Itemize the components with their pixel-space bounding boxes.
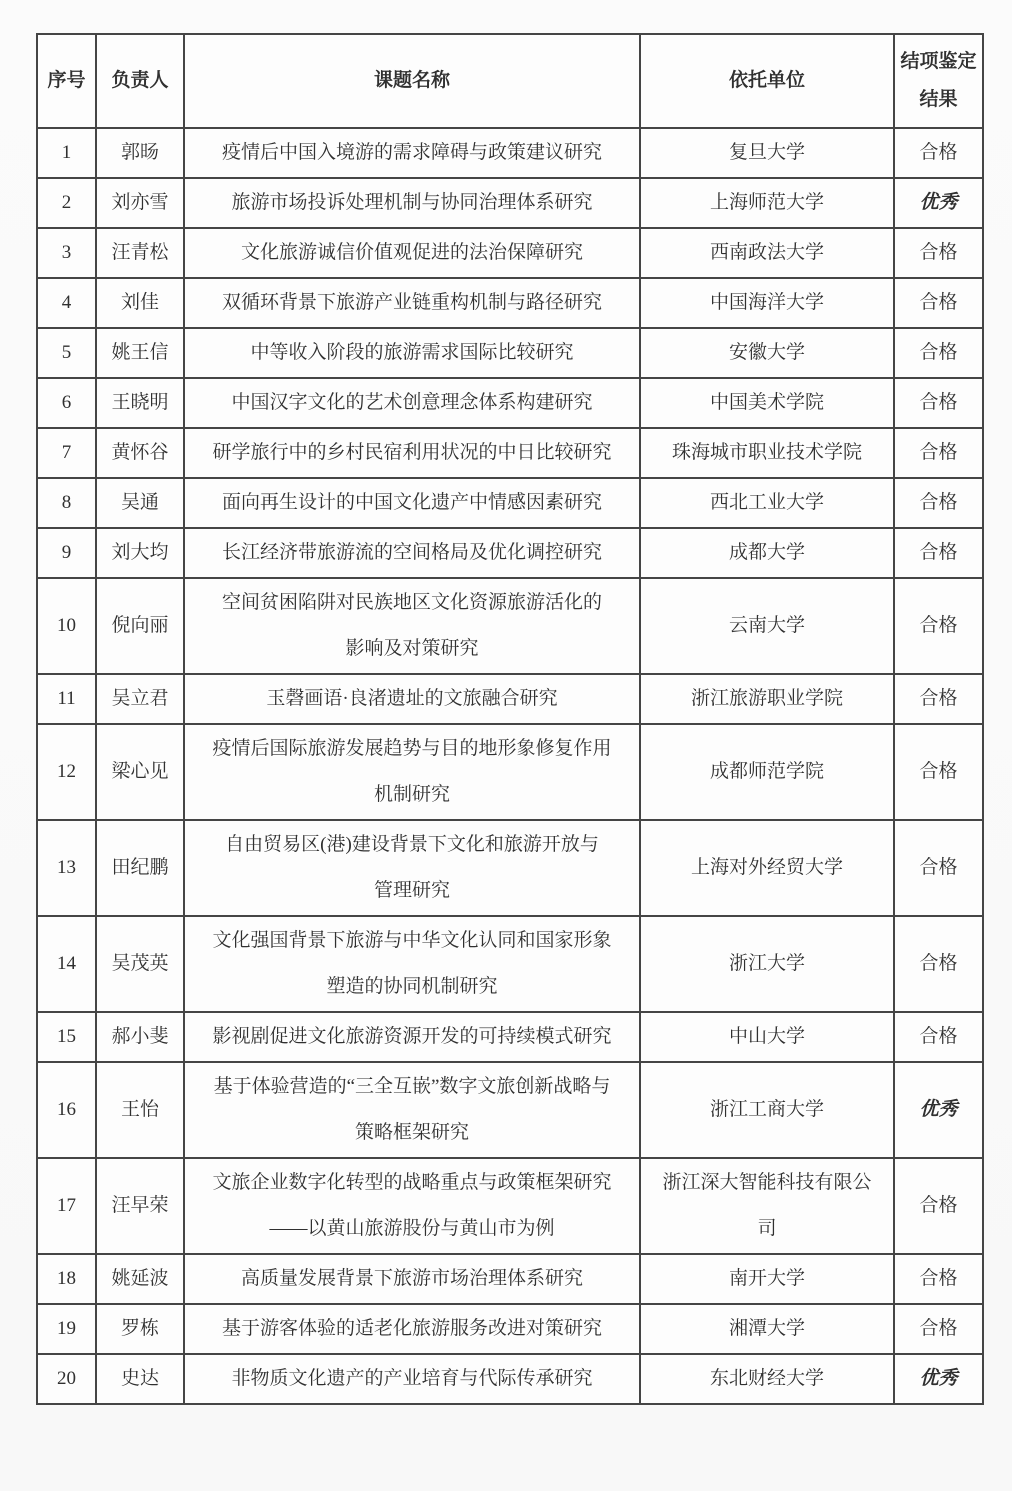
table-row: 15 郝小斐 影视剧促进文化旅游资源开发的可持续模式研究 中山大学 合格 <box>37 1012 983 1062</box>
institution-name: 西南政法大学 <box>640 228 894 278</box>
leader-name: 汪青松 <box>96 228 184 278</box>
row-serial-number: 1 <box>37 128 96 178</box>
project-title: 基于体验营造的“三全互嵌”数字文旅创新战略与 策略框架研究 <box>184 1062 640 1158</box>
evaluation-result: 合格 <box>894 528 983 578</box>
table-row: 5 姚王信 中等收入阶段的旅游需求国际比较研究 安徽大学 合格 <box>37 328 983 378</box>
evaluation-result: 合格 <box>894 578 983 674</box>
institution-name: 珠海城市职业技术学院 <box>640 428 894 478</box>
project-title: 研学旅行中的乡村民宿利用状况的中日比较研究 <box>184 428 640 478</box>
evaluation-result: 合格 <box>894 724 983 820</box>
project-title: 非物质文化遗产的产业培育与代际传承研究 <box>184 1354 640 1404</box>
project-title: 文旅企业数字化转型的战略重点与政策框架研究 ——以黄山旅游股份与黄山市为例 <box>184 1158 640 1254</box>
institution-name: 中山大学 <box>640 1012 894 1062</box>
table-row: 9 刘大均 长江经济带旅游流的空间格局及优化调控研究 成都大学 合格 <box>37 528 983 578</box>
leader-name: 吴立君 <box>96 674 184 724</box>
project-title: 长江经济带旅游流的空间格局及优化调控研究 <box>184 528 640 578</box>
project-results-table: 序号 负责人 课题名称 依托单位 结项鉴定 结果 1 郭旸 疫情后中国入境游的需… <box>36 33 984 1405</box>
evaluation-result: 合格 <box>894 820 983 916</box>
leader-name: 史达 <box>96 1354 184 1404</box>
table-row: 20 史达 非物质文化遗产的产业培育与代际传承研究 东北财经大学 优秀 <box>37 1354 983 1404</box>
institution-name: 上海对外经贸大学 <box>640 820 894 916</box>
evaluation-result: 合格 <box>894 278 983 328</box>
institution-name: 浙江大学 <box>640 916 894 1012</box>
evaluation-result: 合格 <box>894 674 983 724</box>
table-body: 1 郭旸 疫情后中国入境游的需求障碍与政策建议研究 复旦大学 合格 2 刘亦雪 … <box>37 128 983 1404</box>
row-serial-number: 16 <box>37 1062 96 1158</box>
table-row: 13 田纪鹏 自由贸易区(港)建设背景下文化和旅游开放与 管理研究 上海对外经贸… <box>37 820 983 916</box>
project-title: 双循环背景下旅游产业链重构机制与路径研究 <box>184 278 640 328</box>
row-serial-number: 12 <box>37 724 96 820</box>
institution-name: 西北工业大学 <box>640 478 894 528</box>
header-leader: 负责人 <box>96 34 184 128</box>
evaluation-result: 优秀 <box>894 1354 983 1404</box>
row-serial-number: 3 <box>37 228 96 278</box>
table-header: 序号 负责人 课题名称 依托单位 结项鉴定 结果 <box>37 34 983 128</box>
evaluation-result: 优秀 <box>894 1062 983 1158</box>
project-title: 文化旅游诚信价值观促进的法治保障研究 <box>184 228 640 278</box>
project-title: 文化强国背景下旅游与中华文化认同和国家形象 塑造的协同机制研究 <box>184 916 640 1012</box>
project-title: 面向再生设计的中国文化遗产中情感因素研究 <box>184 478 640 528</box>
leader-name: 王晓明 <box>96 378 184 428</box>
table-row: 18 姚延波 高质量发展背景下旅游市场治理体系研究 南开大学 合格 <box>37 1254 983 1304</box>
institution-name: 中国美术学院 <box>640 378 894 428</box>
institution-name: 云南大学 <box>640 578 894 674</box>
header-project-title: 课题名称 <box>184 34 640 128</box>
table-row: 12 梁心见 疫情后国际旅游发展趋势与目的地形象修复作用 机制研究 成都师范学院… <box>37 724 983 820</box>
leader-name: 刘大均 <box>96 528 184 578</box>
leader-name: 田纪鹏 <box>96 820 184 916</box>
institution-name: 成都大学 <box>640 528 894 578</box>
row-serial-number: 6 <box>37 378 96 428</box>
project-title: 旅游市场投诉处理机制与协同治理体系研究 <box>184 178 640 228</box>
project-title: 自由贸易区(港)建设背景下文化和旅游开放与 管理研究 <box>184 820 640 916</box>
table-row: 10 倪向丽 空间贫困陷阱对民族地区文化资源旅游活化的 影响及对策研究 云南大学… <box>37 578 983 674</box>
evaluation-result: 合格 <box>894 328 983 378</box>
leader-name: 姚延波 <box>96 1254 184 1304</box>
leader-name: 黄怀谷 <box>96 428 184 478</box>
institution-name: 浙江旅游职业学院 <box>640 674 894 724</box>
row-serial-number: 19 <box>37 1304 96 1354</box>
project-title: 基于游客体验的适老化旅游服务改进对策研究 <box>184 1304 640 1354</box>
row-serial-number: 15 <box>37 1012 96 1062</box>
table-row: 19 罗栋 基于游客体验的适老化旅游服务改进对策研究 湘潭大学 合格 <box>37 1304 983 1354</box>
leader-name: 汪早荣 <box>96 1158 184 1254</box>
leader-name: 吴茂英 <box>96 916 184 1012</box>
table-row: 1 郭旸 疫情后中国入境游的需求障碍与政策建议研究 复旦大学 合格 <box>37 128 983 178</box>
leader-name: 郝小斐 <box>96 1012 184 1062</box>
institution-name: 上海师范大学 <box>640 178 894 228</box>
leader-name: 刘佳 <box>96 278 184 328</box>
row-serial-number: 8 <box>37 478 96 528</box>
project-title: 高质量发展背景下旅游市场治理体系研究 <box>184 1254 640 1304</box>
leader-name: 倪向丽 <box>96 578 184 674</box>
table-row: 2 刘亦雪 旅游市场投诉处理机制与协同治理体系研究 上海师范大学 优秀 <box>37 178 983 228</box>
table-row: 7 黄怀谷 研学旅行中的乡村民宿利用状况的中日比较研究 珠海城市职业技术学院 合… <box>37 428 983 478</box>
institution-name: 东北财经大学 <box>640 1354 894 1404</box>
evaluation-result: 合格 <box>894 1254 983 1304</box>
table-row: 6 王晓明 中国汉字文化的艺术创意理念体系构建研究 中国美术学院 合格 <box>37 378 983 428</box>
evaluation-result: 合格 <box>894 1158 983 1254</box>
table-row: 16 王怡 基于体验营造的“三全互嵌”数字文旅创新战略与 策略框架研究 浙江工商… <box>37 1062 983 1158</box>
institution-name: 复旦大学 <box>640 128 894 178</box>
row-serial-number: 13 <box>37 820 96 916</box>
evaluation-result: 合格 <box>894 228 983 278</box>
row-serial-number: 10 <box>37 578 96 674</box>
institution-name: 浙江深大智能科技有限公 司 <box>640 1158 894 1254</box>
institution-name: 南开大学 <box>640 1254 894 1304</box>
institution-name: 中国海洋大学 <box>640 278 894 328</box>
evaluation-result: 优秀 <box>894 178 983 228</box>
table-row: 4 刘佳 双循环背景下旅游产业链重构机制与路径研究 中国海洋大学 合格 <box>37 278 983 328</box>
table-row: 17 汪早荣 文旅企业数字化转型的战略重点与政策框架研究 ——以黄山旅游股份与黄… <box>37 1158 983 1254</box>
project-title: 疫情后国际旅游发展趋势与目的地形象修复作用 机制研究 <box>184 724 640 820</box>
evaluation-result: 合格 <box>894 378 983 428</box>
institution-name: 湘潭大学 <box>640 1304 894 1354</box>
row-serial-number: 5 <box>37 328 96 378</box>
project-title: 空间贫困陷阱对民族地区文化资源旅游活化的 影响及对策研究 <box>184 578 640 674</box>
evaluation-result: 合格 <box>894 478 983 528</box>
evaluation-result: 合格 <box>894 916 983 1012</box>
table-row: 8 吴通 面向再生设计的中国文化遗产中情感因素研究 西北工业大学 合格 <box>37 478 983 528</box>
institution-name: 成都师范学院 <box>640 724 894 820</box>
row-serial-number: 9 <box>37 528 96 578</box>
leader-name: 梁心见 <box>96 724 184 820</box>
row-serial-number: 7 <box>37 428 96 478</box>
leader-name: 刘亦雪 <box>96 178 184 228</box>
leader-name: 吴通 <box>96 478 184 528</box>
header-row: 序号 负责人 课题名称 依托单位 结项鉴定 结果 <box>37 34 983 128</box>
project-title: 中等收入阶段的旅游需求国际比较研究 <box>184 328 640 378</box>
project-title: 中国汉字文化的艺术创意理念体系构建研究 <box>184 378 640 428</box>
row-serial-number: 4 <box>37 278 96 328</box>
evaluation-result: 合格 <box>894 428 983 478</box>
institution-name: 安徽大学 <box>640 328 894 378</box>
row-serial-number: 20 <box>37 1354 96 1404</box>
row-serial-number: 11 <box>37 674 96 724</box>
header-institution: 依托单位 <box>640 34 894 128</box>
row-serial-number: 14 <box>37 916 96 1012</box>
row-serial-number: 2 <box>37 178 96 228</box>
header-evaluation-result: 结项鉴定 结果 <box>894 34 983 128</box>
table-row: 11 吴立君 玉磬画语·良渚遗址的文旅融合研究 浙江旅游职业学院 合格 <box>37 674 983 724</box>
evaluation-result: 合格 <box>894 128 983 178</box>
header-serial-number: 序号 <box>37 34 96 128</box>
evaluation-result: 合格 <box>894 1012 983 1062</box>
project-title: 疫情后中国入境游的需求障碍与政策建议研究 <box>184 128 640 178</box>
row-serial-number: 17 <box>37 1158 96 1254</box>
leader-name: 郭旸 <box>96 128 184 178</box>
institution-name: 浙江工商大学 <box>640 1062 894 1158</box>
leader-name: 姚王信 <box>96 328 184 378</box>
document-page: 序号 负责人 课题名称 依托单位 结项鉴定 结果 1 郭旸 疫情后中国入境游的需… <box>0 0 1012 1491</box>
table-row: 3 汪青松 文化旅游诚信价值观促进的法治保障研究 西南政法大学 合格 <box>37 228 983 278</box>
project-title: 玉磬画语·良渚遗址的文旅融合研究 <box>184 674 640 724</box>
evaluation-result: 合格 <box>894 1304 983 1354</box>
leader-name: 王怡 <box>96 1062 184 1158</box>
row-serial-number: 18 <box>37 1254 96 1304</box>
table-row: 14 吴茂英 文化强国背景下旅游与中华文化认同和国家形象 塑造的协同机制研究 浙… <box>37 916 983 1012</box>
project-title: 影视剧促进文化旅游资源开发的可持续模式研究 <box>184 1012 640 1062</box>
leader-name: 罗栋 <box>96 1304 184 1354</box>
